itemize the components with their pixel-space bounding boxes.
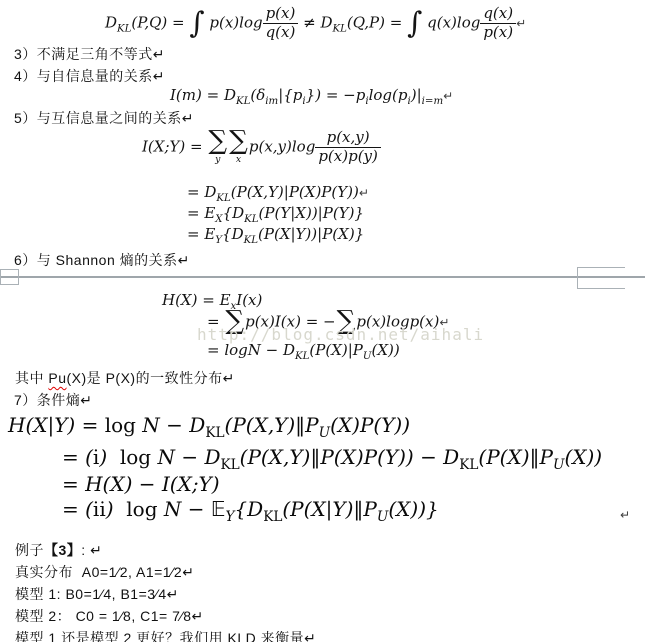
- model1-line: 模型 1: B0=1⁄4, B1=3⁄4↵: [15, 584, 179, 604]
- page-break-right-mark-top: [577, 267, 625, 268]
- formula-mutual-info-line2: = DKL(P(X,Y)|P(X)P(Y))↵: [187, 183, 369, 204]
- list-item-3: 3）不满足三角不等式↵: [14, 44, 165, 64]
- list-item-5: 5）与互信息量之间的关系↵: [14, 108, 194, 128]
- example-title-prefix: 例子: [15, 542, 44, 558]
- watermark-url: http://blog.csdn.net/aihali: [197, 325, 484, 344]
- list-item-6: 6）与 Shannon 熵的关系↵: [14, 250, 190, 270]
- paragraph-mark: ↵: [620, 508, 631, 522]
- formula-cond-entropy-line4: = (ii) log N − 𝔼Y{DKL(P(X|Y)‖PU(X))}: [62, 497, 439, 525]
- formula-mutual-info-line4: = EY{DKL(P(X|Y))|P(X)}: [187, 225, 364, 246]
- formula-entropy-line3: = logN − DKL(P(X)|PU(X)): [207, 341, 400, 362]
- document-page: DKL(P,Q) = ∫ p(x)logp(x)q(x) ≠ DKL(Q,P) …: [0, 0, 645, 642]
- model2-line: 模型 2： C0 = 1⁄8, C1= 7⁄8↵: [15, 606, 204, 626]
- true-distribution-line: 真实分布 A0=1⁄2, A1=1⁄2↵: [15, 562, 194, 582]
- note-uniform-distribution: 其中 Pu(X)是 P(X)的一致性分布↵: [15, 368, 235, 388]
- formula-mutual-info-line3: = EX{DKL(P(Y|X))|P(Y)}: [187, 204, 364, 225]
- formula-self-information: I(m) = DKL(δim|{pi}) = −pilog(pi)|i=m↵: [170, 86, 453, 107]
- formula-cond-entropy-line1: H(X|Y) = log N − DKL(P(X,Y)‖PU(X)P(Y)): [8, 413, 410, 441]
- page-break-right-mark-bottom: [577, 288, 625, 289]
- example-title: 例子【3】: ↵: [15, 540, 102, 560]
- formula-cond-entropy-line3: = H(X) − I(X;Y): [62, 472, 220, 496]
- formula-entropy-line1: H(X) = ExI(x): [162, 291, 262, 312]
- formula-cond-entropy-line2: = (i) log N − DKL(P(X,Y)‖P(X)P(Y)) − DKL…: [62, 445, 602, 473]
- note-rest: (X)是 P(X)的一致性分布↵: [67, 370, 235, 386]
- spellcheck-word-pu: Pu: [48, 370, 66, 386]
- formula-mutual-info-line1: I(X;Y) = ∑y∑xp(x,y)logp(x,y)p(x)p(y): [142, 130, 381, 165]
- question-line: 模型 1 还是模型 2 更好？我们用 KLD 来衡量↵: [15, 628, 316, 642]
- example-title-number: 【3】: [44, 542, 81, 558]
- page-break-right-mark-vert: [577, 267, 578, 289]
- list-item-7: 7）条件熵↵: [14, 390, 93, 410]
- page-break-divider: [0, 276, 645, 278]
- note-prefix: 其中: [15, 370, 48, 386]
- page-break-left-mark: [0, 269, 19, 285]
- formula-kl-asymmetry: DKL(P,Q) = ∫ p(x)logp(x)q(x) ≠ DKL(Q,P) …: [105, 6, 526, 41]
- example-title-suffix: : ↵: [81, 542, 102, 558]
- list-item-4: 4）与自信息量的关系↵: [14, 66, 165, 86]
